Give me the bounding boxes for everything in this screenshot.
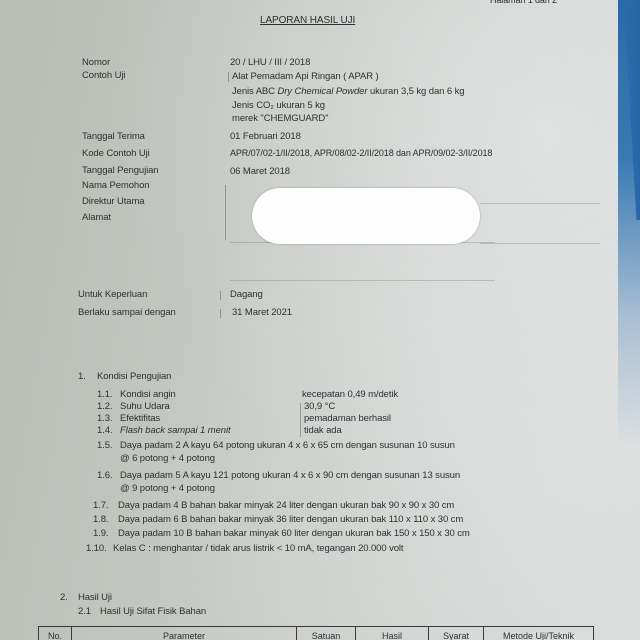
field-separator <box>300 403 301 437</box>
field-label-berlaku-sampai: Berlaku sampai dengan <box>78 307 176 318</box>
field-separator <box>228 72 229 82</box>
col-header-parameter: Parameter <box>72 627 297 640</box>
field-value-contoh-uji: Alat Pemadam Api Ringan ( APAR ) <box>232 71 379 82</box>
field-value-contoh-uji-merek: merek "CHEMGUARD" <box>232 113 328 124</box>
item-1-9-number: 1.9. <box>93 528 108 539</box>
item-1-1-label: Kondisi angin <box>120 389 176 400</box>
field-label-nama-pemohon: Nama Pemohon <box>82 180 149 191</box>
table-header-row: No. Parameter Satuan Hasil Syarat Metode… <box>39 627 594 640</box>
field-label-untuk-keperluan: Untuk Keperluan <box>78 289 147 300</box>
item-1-3-label: Efektifitas <box>120 413 160 424</box>
document-photo: Halaman 1 dari 2 LAPORAN HASIL UJI Nomor… <box>0 0 640 640</box>
document-title: LAPORAN HASIL UJI <box>260 15 355 26</box>
col-header-hasil: Hasil <box>356 627 429 640</box>
item-1-6-number: 1.6. <box>97 470 112 481</box>
section-2-title: Hasil Uji <box>78 592 112 603</box>
faint-rule <box>480 203 600 204</box>
item-1-5-number: 1.5. <box>97 440 112 451</box>
item-1-3-value: pemadaman berhasil <box>304 413 391 424</box>
results-table: No. Parameter Satuan Hasil Syarat Metode… <box>38 626 594 640</box>
field-label-tanggal-pengujian: Tanggal Pengujian <box>82 165 158 176</box>
field-label-direktur-utama: Direktur Utama <box>82 196 144 207</box>
item-1-5-label: Daya padam 2 A kayu 64 potong ukuran 4 x… <box>120 440 455 451</box>
section-1-number: 1. <box>78 371 86 382</box>
item-1-2-value: 30,9 °C <box>304 401 335 412</box>
item-1-4-label: Flash back sampai 1 menit <box>120 425 231 436</box>
field-separator <box>220 309 221 318</box>
item-1-7-number: 1.7. <box>93 500 108 511</box>
field-value-nomor: 20 / LHU / III / 2018 <box>230 57 310 68</box>
item-1-6-label: Daya padam 5 A kayu 121 potong ukuran 4 … <box>120 470 460 481</box>
item-1-1-value: kecepatan 0,49 m/detik <box>302 389 398 400</box>
redaction-blob <box>252 188 480 244</box>
item-1-5-continuation: @ 6 potong + 4 potong <box>120 453 215 464</box>
field-label-contoh-uji: Contoh Uji <box>82 70 125 81</box>
item-1-7-label: Daya padam 4 B bahan bakar minyak 24 lit… <box>118 500 454 511</box>
col-header-no: No. <box>39 627 72 640</box>
item-1-1-number: 1.1. <box>97 389 112 400</box>
section-2-1-title: Hasil Uji Sifat Fisik Bahan <box>100 606 206 617</box>
page-indicator: Halaman 1 dari 2 <box>490 0 557 5</box>
field-value-berlaku-sampai: 31 Maret 2021 <box>232 307 292 318</box>
item-1-8-label: Daya padam 6 B bahan bakar minyak 36 lit… <box>118 514 463 525</box>
field-label-tanggal-terima: Tanggal Terima <box>82 131 145 142</box>
item-1-2-number: 1.2. <box>97 401 112 412</box>
field-separator <box>225 185 226 240</box>
col-header-satuan: Satuan <box>297 627 356 640</box>
item-1-2-label: Suhu Udara <box>120 401 170 412</box>
field-value-contoh-uji-jenis-co2: Jenis CO₂ ukuran 5 kg <box>232 100 325 111</box>
field-value-kode-contoh-uji: APR/07/02-1/II/2018, APR/08/02-2/II/2018… <box>230 148 492 158</box>
field-label-alamat: Alamat <box>82 212 111 223</box>
section-1-title: Kondisi Pengujian <box>97 371 171 382</box>
field-value-untuk-keperluan: Dagang <box>230 289 263 300</box>
faint-rule <box>480 243 600 244</box>
item-1-4-value: tidak ada <box>304 425 342 436</box>
field-separator <box>220 291 221 300</box>
col-header-metode: Metode Uji/Teknik <box>484 627 594 640</box>
item-1-10-label: Kelas C : menghantar / tidak arus listri… <box>113 543 403 554</box>
item-1-4-number: 1.4. <box>97 425 112 436</box>
section-2-number: 2. <box>60 592 68 603</box>
field-label-nomor: Nomor <box>82 57 110 68</box>
item-1-6-continuation: @ 9 potong + 4 potong <box>120 483 215 494</box>
field-value-contoh-uji-jenis-abc: Jenis ABC Dry Chemical Powder ukuran 3,5… <box>232 86 464 97</box>
section-2-1-number: 2.1 <box>78 606 91 617</box>
item-1-3-number: 1.3. <box>97 413 112 424</box>
item-1-8-number: 1.8. <box>93 514 108 525</box>
col-header-syarat: Syarat <box>429 627 484 640</box>
field-label-kode-contoh-uji: Kode Contoh Uji <box>82 148 150 159</box>
faint-rule <box>230 280 495 281</box>
field-value-tanggal-pengujian: 06 Maret 2018 <box>230 166 290 177</box>
item-1-10-number: 1.10. <box>86 543 107 554</box>
field-value-tanggal-terima: 01 Februari 2018 <box>230 131 301 142</box>
item-1-9-label: Daya padam 10 B bahan bakar minyak 60 li… <box>118 528 470 539</box>
